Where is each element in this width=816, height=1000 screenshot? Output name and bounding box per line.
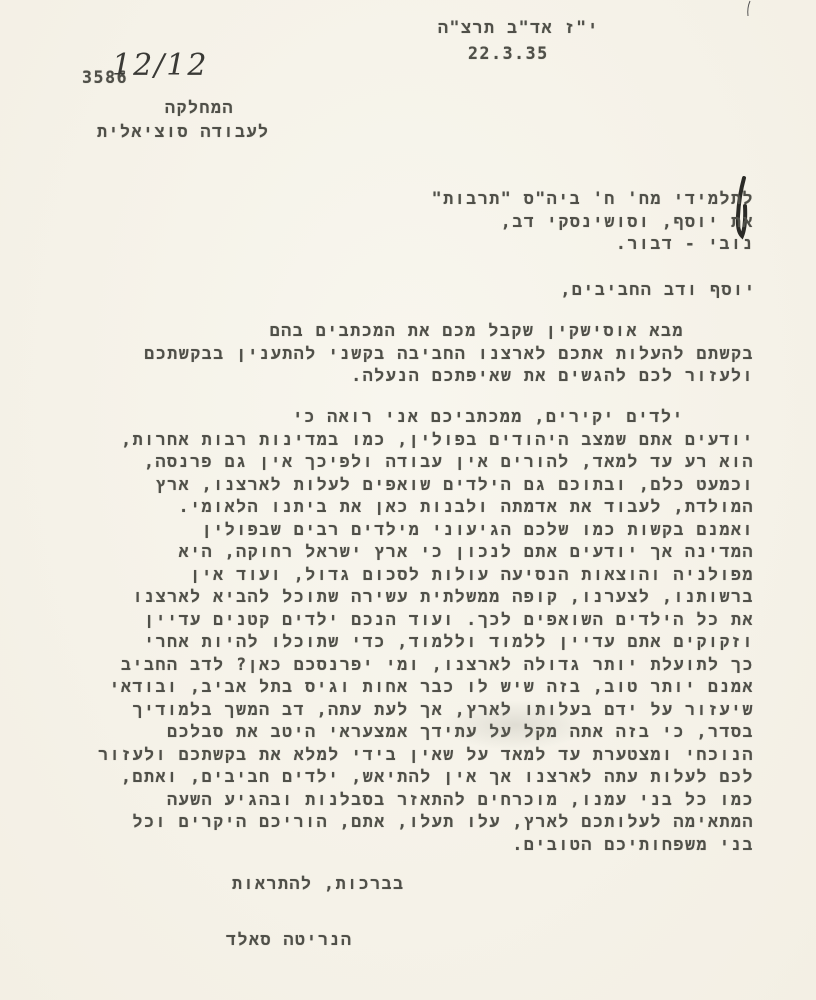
paragraph-line: המתאימה לעלותכם לארץ, עלו תעלו, אתם, הור… (54, 811, 754, 834)
paragraph-line: שיעזור על ידם בעלותו לארץ, אך לעת עתה, ד… (54, 699, 754, 722)
date-hebrew: י"ז אד"ב תרצ"ה (438, 18, 599, 38)
paragraph-line: המדינה אך יודעים אתם לנכון כי ארץ ישראל … (54, 541, 754, 564)
paragraph-2: ילדים יקירים, ממכתביכם אני רואה כי יודעי… (54, 406, 754, 856)
paragraph-line: ולעזור לכם להגשים את שאיפתכם הנעלה. (54, 365, 754, 388)
recipient-line: לתלמידי מח' ח' ביה"ס "תרבות" (432, 188, 754, 211)
paragraph-1: מבא אוסישקין שקבל מכם את המכתבים בהם בקש… (54, 320, 754, 388)
signature: הנריטה סאלד (226, 930, 353, 950)
paragraph-line: כמו כל בני עמנו, מוכרחים להתאזר בסבלנות … (54, 789, 754, 812)
recipient-line: נובי - דבור. (432, 233, 754, 256)
paragraph-line: בקשתם להעלות אתכם לארצנו החביבה בקשני לה… (54, 343, 754, 366)
paragraph-line: הוא רע עד למאד, להורים אין עבודה ולפיכך … (54, 451, 754, 474)
paragraph-line: ברשותנו, לצערנו, קופה ממשלתית עשירה שתוכ… (54, 586, 754, 609)
paragraph-line: הנוכחי ומצטערת עד למאד על שאין בידי למלא… (54, 744, 754, 767)
closing: בברכות, להתראות (232, 874, 405, 894)
salutation: יוסף ודב החביבים, (560, 280, 756, 300)
paragraph-line: בני משפחותיכם הטובים. (54, 834, 754, 857)
sender-department-line2: לעבודה סוציאלית (97, 122, 270, 142)
date-numeric: 22.3.35 (468, 44, 549, 63)
recipient-address: לתלמידי מח' ח' ביה"ס "תרבות" את יוסף, וס… (432, 188, 754, 256)
handwritten-corner-mark (744, 0, 754, 18)
paragraph-line: ואמנם בקשות כמו שלכם הגיעוני מילדים רבים… (54, 519, 754, 542)
paragraph-line: ילדים יקירים, ממכתביכם אני רואה כי (54, 406, 754, 429)
paragraph-line: אמנם יותר טוב, בזה שיש לו כבר אחות וגיס … (54, 676, 754, 699)
handwritten-reference: 12/12 (112, 48, 208, 83)
paragraph-line: המולדת, לעבוד את אדמתה ולבנות כאן את בית… (54, 496, 754, 519)
paragraph-line: את כל הילדים השואפים לכך. ועוד הנכם ילדי… (54, 609, 754, 632)
paragraph-line: יודעים אתם שמצב היהודים בפולין, כמו במדי… (54, 429, 754, 452)
paragraph-line: מבא אוסישקין שקבל מכם את המכתבים בהם (54, 320, 754, 343)
paragraph-line: מפולניה והוצאות הנסיעה עולות לסכום גדול,… (54, 564, 754, 587)
paragraph-line: בסדר, כי בזה אתה מקל על עתידך אמצעראי הי… (54, 721, 754, 744)
paragraph-line: לכם לעלות עתה לארצנו אך אין להתיאש, ילדי… (54, 766, 754, 789)
ink-smudge (440, 700, 590, 750)
paragraph-line: וזקוקים אתם עדיין ללמוד וללמוד, כדי שתוכ… (54, 631, 754, 654)
paragraph-line: וכמעט כלם, ובתוכם גם הילדים שואפים לעלות… (54, 474, 754, 497)
recipient-line: את יוסף, וסושינסקי דב, (432, 211, 754, 234)
paragraph-line: כך לתועלת יותר גדולה לארצנו, ומי יפרנסכם… (54, 654, 754, 677)
sender-department-line1: המחלקה (165, 98, 234, 118)
